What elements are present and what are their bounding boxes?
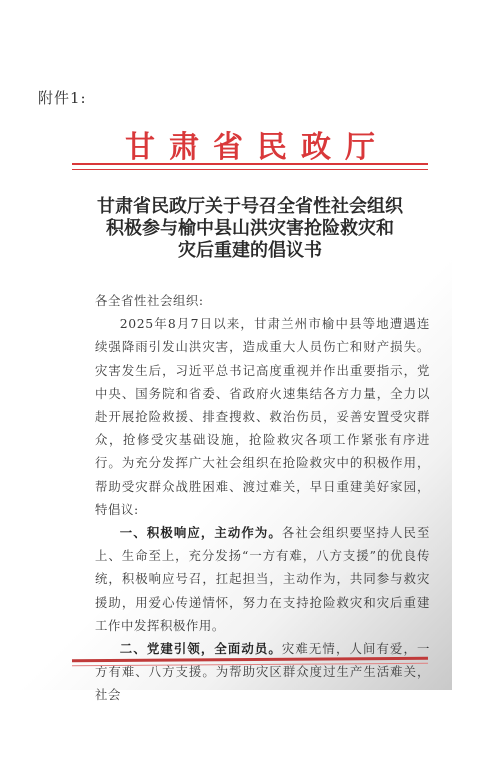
document-body: 各全省性社会组织: 2025年8月7日以来，甘肃兰州市榆中县等地遭遇连续强降雨引… <box>95 289 430 707</box>
salutation: 各全省性社会组织: <box>95 289 430 312</box>
section-1-text: 各社会组织要坚持人民至上、生命至上，充分发扬“一方有难，八方支援”的优良传统，积… <box>95 525 430 633</box>
section-2-heading: 二、党建引领，全面动员。 <box>120 641 282 656</box>
intro-paragraph: 2025年8月7日以来，甘肃兰州市榆中县等地遭遇连续强降雨引发山洪灾害，造成重大… <box>95 312 430 521</box>
title-line-1: 甘肃省民政厅关于号召全省性社会组织 <box>0 196 500 218</box>
attachment-label: 附件1: <box>38 87 87 108</box>
title-line-3: 灾后重建的倡议书 <box>0 240 500 262</box>
red-header-rule <box>72 163 428 170</box>
section-2: 二、党建引领，全面动员。灾难无情，人间有爱，一方有难、八方支援。为帮助灾区群众度… <box>95 637 430 707</box>
document-title: 甘肃省民政厅关于号召全省性社会组织 积极参与榆中县山洪灾害抢险救灾和 灾后重建的… <box>0 196 500 262</box>
issuing-organization-header: 甘肃省民政厅 <box>0 122 500 166</box>
document-page: 附件1: 甘肃省民政厅 甘肃省民政厅关于号召全省性社会组织 积极参与榆中县山洪灾… <box>0 0 452 690</box>
section-1: 一、积极响应，主动作为。各社会组织要坚持人民至上、生命至上，充分发扬“一方有难，… <box>95 521 430 637</box>
title-line-2: 积极参与榆中县山洪灾害抢险救灾和 <box>0 218 500 240</box>
section-1-heading: 一、积极响应，主动作为。 <box>120 525 282 540</box>
